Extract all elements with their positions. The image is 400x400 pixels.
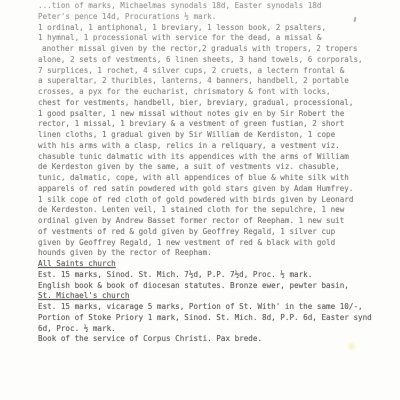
document-line: of vestments of red & gold given by Geof… <box>38 227 378 238</box>
document-line: hounds given by the rector of Reepham. <box>38 248 378 259</box>
document-line: apparels of red satin powdered with gold… <box>38 184 378 195</box>
document-line: de Kerdeston. Lenten veil, 1 stained clo… <box>38 205 378 216</box>
paper-stain <box>349 344 354 349</box>
document-line: tunic, dalmatic, cope, with all appendic… <box>38 173 378 184</box>
section-heading: All Saints church <box>38 259 378 270</box>
document-line: 1 ordinal, 1 antiphonal, 1 breviary, 1 l… <box>38 23 378 34</box>
document-line: given by Geoffrey Regald, 1 new vestment… <box>38 238 378 249</box>
document-line: 1 hymnal, 1 processional with service fo… <box>38 33 378 44</box>
document-text: ...tion of marks, Michaelmas synodals 18… <box>38 1 378 345</box>
document-line: 1 good psalter, 1 new missal without not… <box>38 109 378 120</box>
document-line: 7 surplices, 1 rochet, 4 silver cups, 2 … <box>38 66 378 77</box>
document-line: another missal given by the rector,2 gra… <box>38 44 378 55</box>
document-line: 1 silk cope of red cloth of gold powdere… <box>38 195 378 206</box>
document-line: crosses, a pyx for the eucharist, chrism… <box>38 87 378 98</box>
document-line: Est. 15 marks, Sinod. St. Mich. 7½d, P.P… <box>38 270 378 281</box>
document-line: Portion of Stoke Priory 1 mark, Sinod. S… <box>38 313 378 324</box>
document-line: de Kerdeston given by the same, a suit o… <box>38 162 378 173</box>
document-line: a superaltar, 2 thuribles, lanterns, 4 b… <box>38 76 378 87</box>
document-line: alone, 2 sets of vestments, 6 linen shee… <box>38 55 378 66</box>
document-line: ordinal given by Andrew Basset former re… <box>38 216 378 227</box>
document-line: linen cloths, 1 gradual given by Sir Wil… <box>38 130 378 141</box>
document-line: Est. 15 marks, vicarage 5 marks, Portion… <box>38 302 378 313</box>
document-line: ...tion of marks, Michaelmas synodals 18… <box>38 1 378 12</box>
document-line: 6d, Proc. ½ mark. <box>38 324 378 335</box>
document-line: Peter's pence 14d, Procurations ½ mark. <box>38 12 378 23</box>
document-line: chest for vestments, handbell, bier, bre… <box>38 98 378 109</box>
document-page: ...tion of marks, Michaelmas synodals 18… <box>0 0 400 400</box>
section-heading: St. Michael's church <box>38 291 378 302</box>
document-line: rector, 1 missal, 1 breviary & a vestmen… <box>38 119 378 130</box>
document-line: with his arms with a clasp, relics in a … <box>38 141 378 152</box>
document-line: chasuble tunic dalmatic with its appendi… <box>38 152 378 163</box>
document-line: English book & book of diocesan statutes… <box>38 281 378 292</box>
document-line: Book of the service of Corpus Christi. P… <box>38 334 378 345</box>
